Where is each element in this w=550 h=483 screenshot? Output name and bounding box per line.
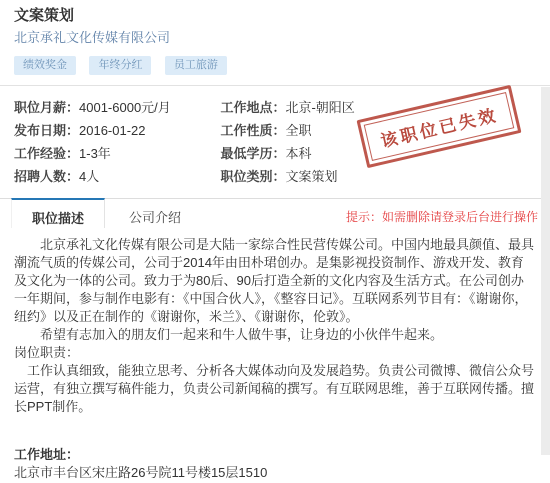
tab-bar: 职位描述 公司介绍 提示：如需删除请登录后台进行操作 [0,198,550,228]
detail-label: 工作地点： [220,100,285,115]
delete-hint-text: 提示：如需删除请登录后台进行操作 [346,208,538,225]
detail-value: 4001-6000元/月 [79,100,171,115]
company-intro-paragraph: 北京承礼文化传媒有限公司是大陆一家综合性民营传媒公司。中国内地最具颜值、最具潮流… [14,236,535,326]
details-left-column: 职位月薪：4001-6000元/月 发布日期：2016-01-22 工作经验：1… [14,99,216,191]
benefit-tag-performance-bonus: 绩效奖金 [14,56,76,75]
detail-row-publish-date: 发布日期：2016-01-22 [14,122,216,140]
tab-job-description[interactable]: 职位描述 [11,198,105,228]
detail-value: 本科 [285,146,311,161]
job-details-section: 职位月薪：4001-6000元/月 发布日期：2016-01-22 工作经验：1… [0,86,550,190]
benefit-tag-year-end-dividend: 年终分红 [89,56,151,75]
job-description-content: 北京承礼文化传媒有限公司是大陆一家综合性民营传媒公司。中国内地最具颜值、最具潮流… [0,228,550,482]
detail-value: 北京-朝阳区 [285,100,354,115]
tab-company-intro[interactable]: 公司介绍 [105,199,205,228]
detail-label: 工作经验： [14,146,79,161]
benefit-tag-employee-travel: 员工旅游 [165,56,227,75]
page-title: 文案策划 [14,6,536,26]
right-scroll-strip [541,87,550,455]
detail-label: 最低学历： [220,146,285,161]
duty-paragraph: 工作认真细致，能独立思考、分析各大媒体动向及发展趋势。负责公司微博、微信公众号运… [14,362,535,416]
detail-value: 1-3年 [79,146,111,161]
position-invalid-stamp: 该职位已失效 [357,85,522,168]
detail-row-category: 职位类别：文案策划 [220,168,420,186]
company-name-link[interactable]: 北京承礼文化传媒有限公司 [14,29,536,46]
address-text: 北京市丰台区宋庄路26号院11号楼15层1510 [14,464,535,482]
detail-label: 发布日期： [14,123,79,138]
detail-label: 职位月薪： [14,100,79,115]
detail-label: 工作性质： [220,123,285,138]
detail-label: 招聘人数： [14,169,79,184]
job-header: 文案策划 北京承礼文化传媒有限公司 绩效奖金 年终分红 员工旅游 [0,0,550,86]
detail-row-headcount: 招聘人数：4人 [14,168,216,186]
detail-row-salary: 职位月薪：4001-6000元/月 [14,99,216,117]
detail-row-experience: 工作经验：1-3年 [14,145,216,163]
detail-value: 2016-01-22 [79,123,146,138]
benefit-tags: 绩效奖金 年终分红 员工旅游 [14,55,536,75]
job-posting-page: 文案策划 北京承礼文化传媒有限公司 绩效奖金 年终分红 员工旅游 职位月薪：40… [0,0,550,483]
detail-value: 4人 [79,169,99,184]
duty-heading: 岗位职责： [14,344,535,362]
detail-value: 全职 [285,123,311,138]
detail-value: 文案策划 [285,169,337,184]
detail-label: 职位类别： [220,169,285,184]
address-heading: 工作地址： [14,446,535,464]
invitation-paragraph: 希望有志加入的朋友们一起来和牛人做牛事，让身边的小伙伴牛起来。 [14,326,535,344]
